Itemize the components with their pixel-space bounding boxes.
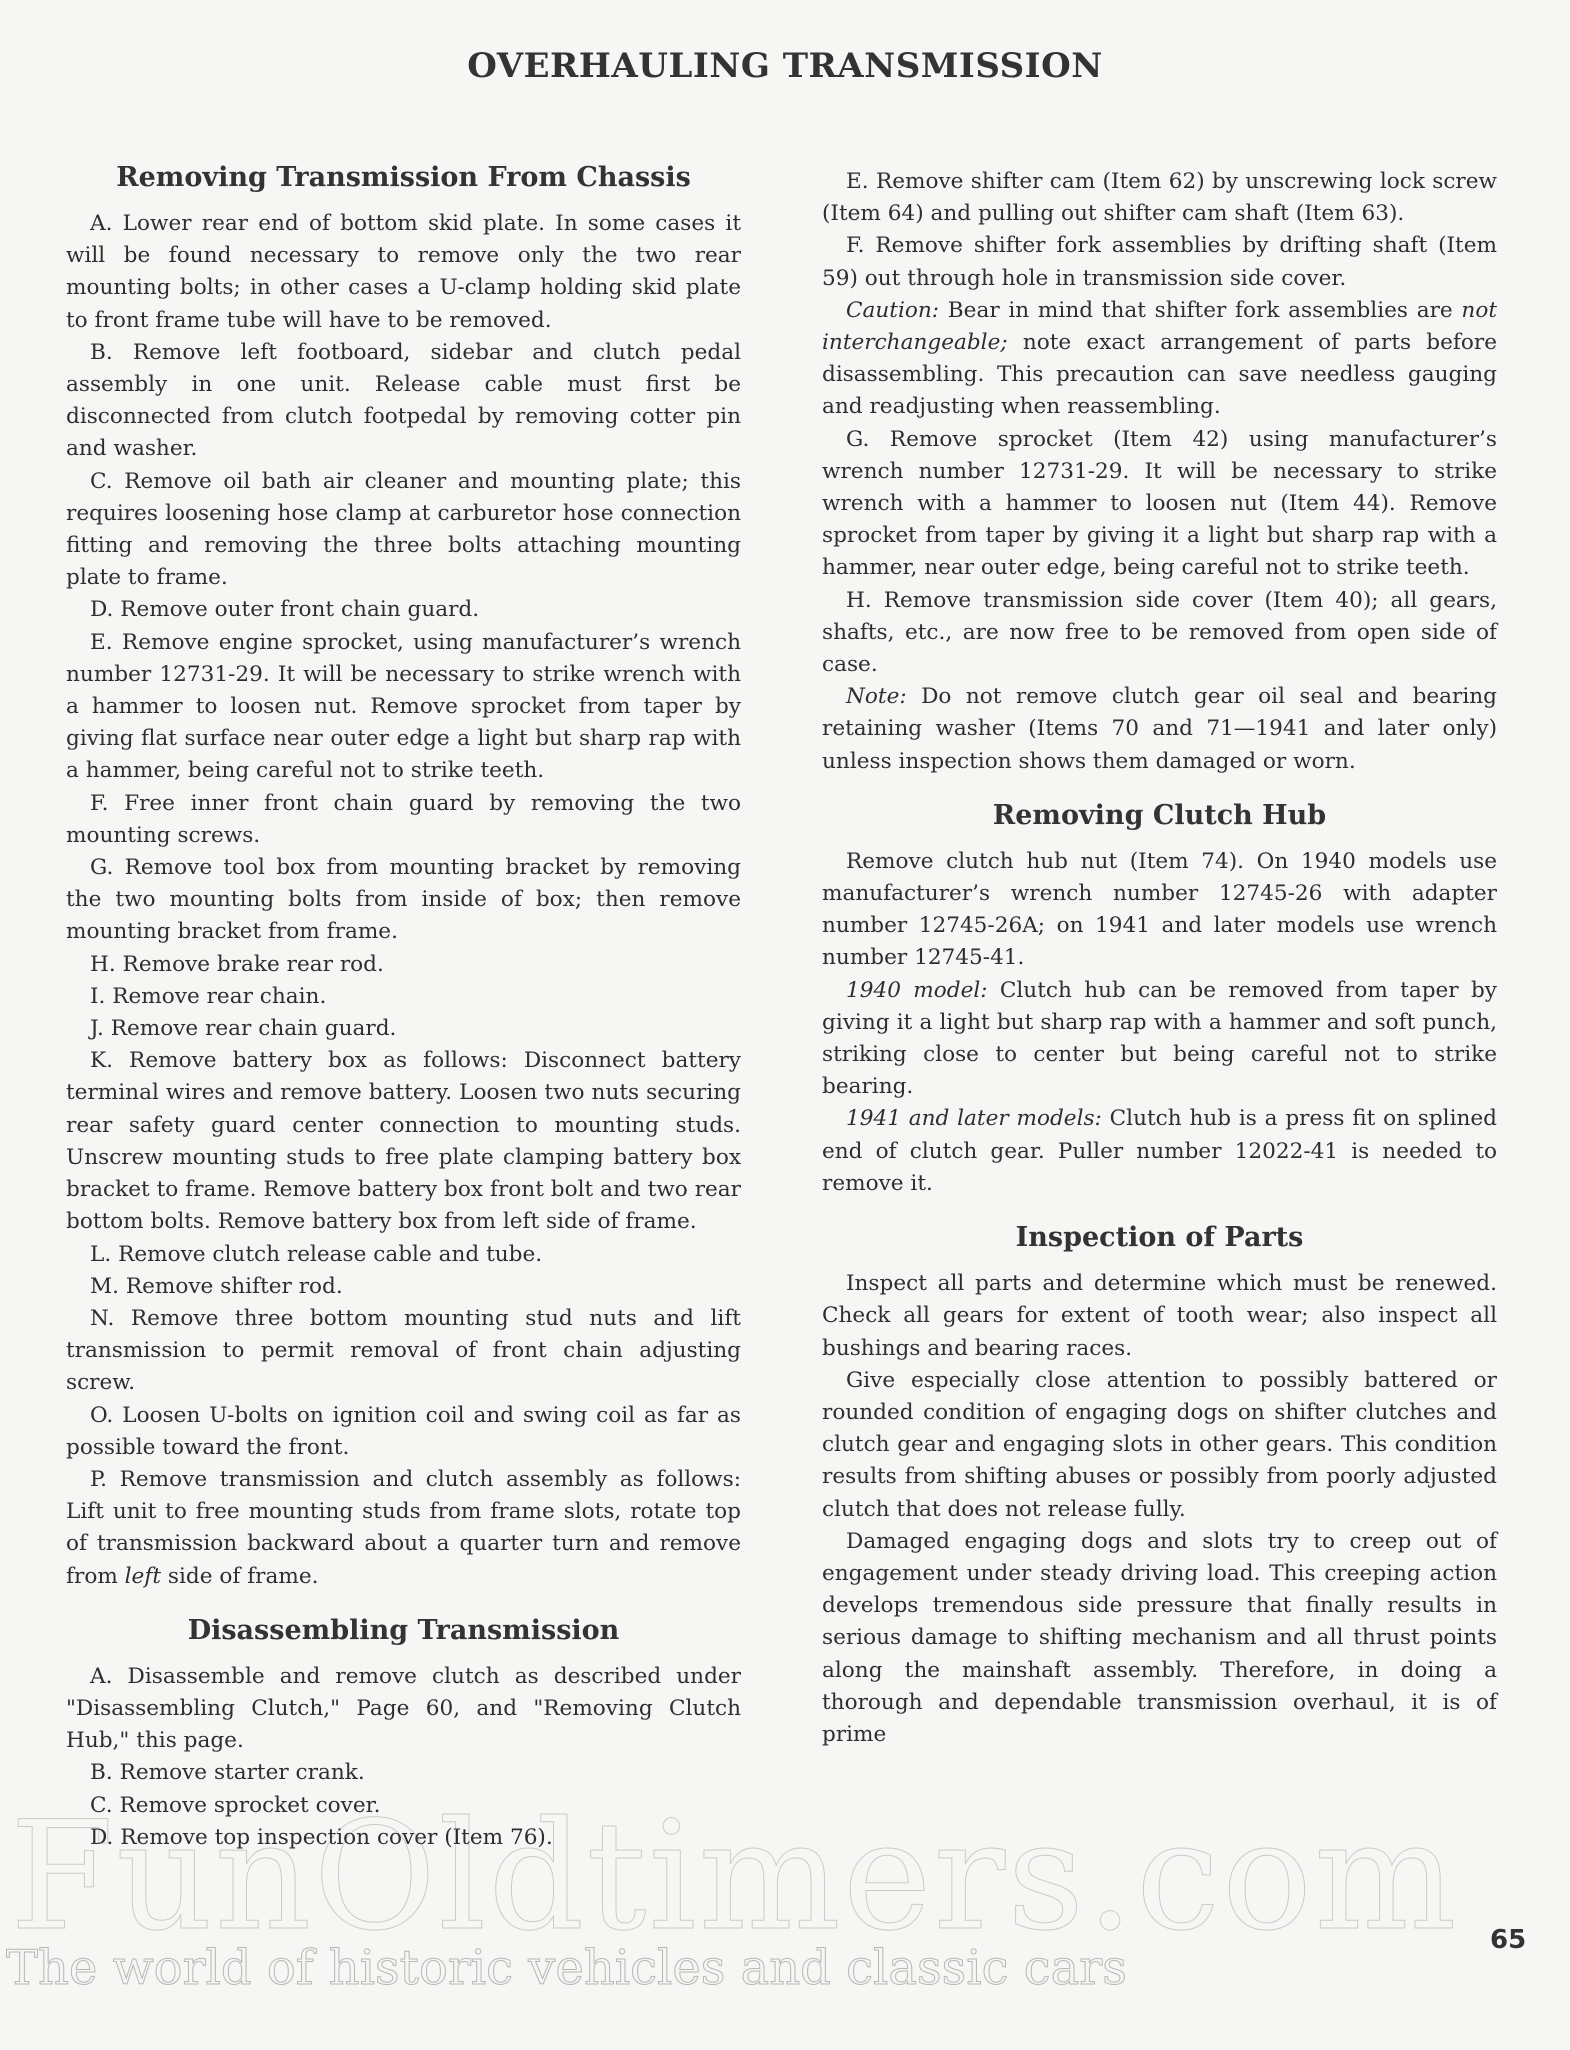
- step-c: C. Remove oil bath air cleaner and mount…: [66, 466, 741, 595]
- right-column: E. Remove shifter cam (Item 62) by unscr…: [822, 166, 1497, 1751]
- clutch-hub-1941: 1941 and later models: Clutch hub is a p…: [822, 1103, 1497, 1200]
- step-o: O. Loosen U-bolts on ignition coil and s…: [66, 1400, 741, 1464]
- clutch-hub-intro: Remove clutch hub nut (Item 74). On 1940…: [822, 846, 1497, 975]
- left-column: Removing Transmission From Chassis A. Lo…: [66, 158, 741, 1854]
- disassembly-step-a: A. Disassemble and remove clutch as desc…: [66, 1661, 741, 1758]
- step-h: H. Remove brake rear rod.: [66, 949, 741, 981]
- disassembly-step-d: D. Remove top inspection cover (Item 76)…: [66, 1822, 741, 1854]
- step-d: D. Remove outer front chain guard.: [66, 594, 741, 626]
- inspection-paragraph-2: Give especially close attention to possi…: [822, 1365, 1497, 1526]
- step-n: N. Remove three bottom mounting stud nut…: [66, 1303, 741, 1400]
- disassembly-step-b: B. Remove starter crank.: [66, 1757, 741, 1789]
- step-l: L. Remove clutch release cable and tube.: [66, 1239, 741, 1271]
- page-number: 65: [1490, 1925, 1526, 1955]
- disassembly-step-h: H. Remove transmission side cover (Item …: [822, 585, 1497, 682]
- step-g: G. Remove tool box from mounting bracket…: [66, 852, 741, 949]
- section-heading-removing-from-chassis: Removing Transmission From Chassis: [66, 158, 741, 198]
- step-f: F. Free inner front chain guard by remov…: [66, 788, 741, 852]
- disassembly-step-f: F. Remove shifter fork assemblies by dri…: [822, 230, 1497, 294]
- page-title: OVERHAULING TRANSMISSION: [0, 46, 1570, 86]
- section-heading-disassembling: Disassembling Transmission: [66, 1611, 741, 1651]
- section-heading-clutch-hub: Removing Clutch Hub: [822, 796, 1497, 836]
- step-a: A. Lower rear end of bottom skid plate. …: [66, 208, 741, 337]
- caution-note: Caution: Bear in mind that shifter fork …: [822, 295, 1497, 424]
- step-i: I. Remove rear chain.: [66, 981, 741, 1013]
- step-k: K. Remove battery box as follows: Discon…: [66, 1045, 741, 1238]
- step-p: P. Remove transmission and clutch assemb…: [66, 1464, 741, 1593]
- disassembly-step-g: G. Remove sprocket (Item 42) using manuf…: [822, 424, 1497, 585]
- section-heading-inspection: Inspection of Parts: [822, 1218, 1497, 1258]
- watermark-tagline: The world of historic vehicles and class…: [6, 1940, 1127, 1996]
- step-b: B. Remove left footboard, sidebar and cl…: [66, 337, 741, 466]
- step-j: J. Remove rear chain guard.: [66, 1013, 741, 1045]
- inspection-paragraph-3: Damaged engaging dogs and slots try to c…: [822, 1526, 1497, 1751]
- inspection-paragraph-1: Inspect all parts and determine which mu…: [822, 1268, 1497, 1365]
- disassembly-step-e: E. Remove shifter cam (Item 62) by unscr…: [822, 166, 1497, 230]
- note: Note: Do not remove clutch gear oil seal…: [822, 681, 1497, 778]
- disassembly-step-c: C. Remove sprocket cover.: [66, 1790, 741, 1822]
- step-e: E. Remove engine sprocket, using manufac…: [66, 627, 741, 788]
- clutch-hub-1940: 1940 model: Clutch hub can be removed fr…: [822, 975, 1497, 1104]
- step-m: M. Remove shifter rod.: [66, 1271, 741, 1303]
